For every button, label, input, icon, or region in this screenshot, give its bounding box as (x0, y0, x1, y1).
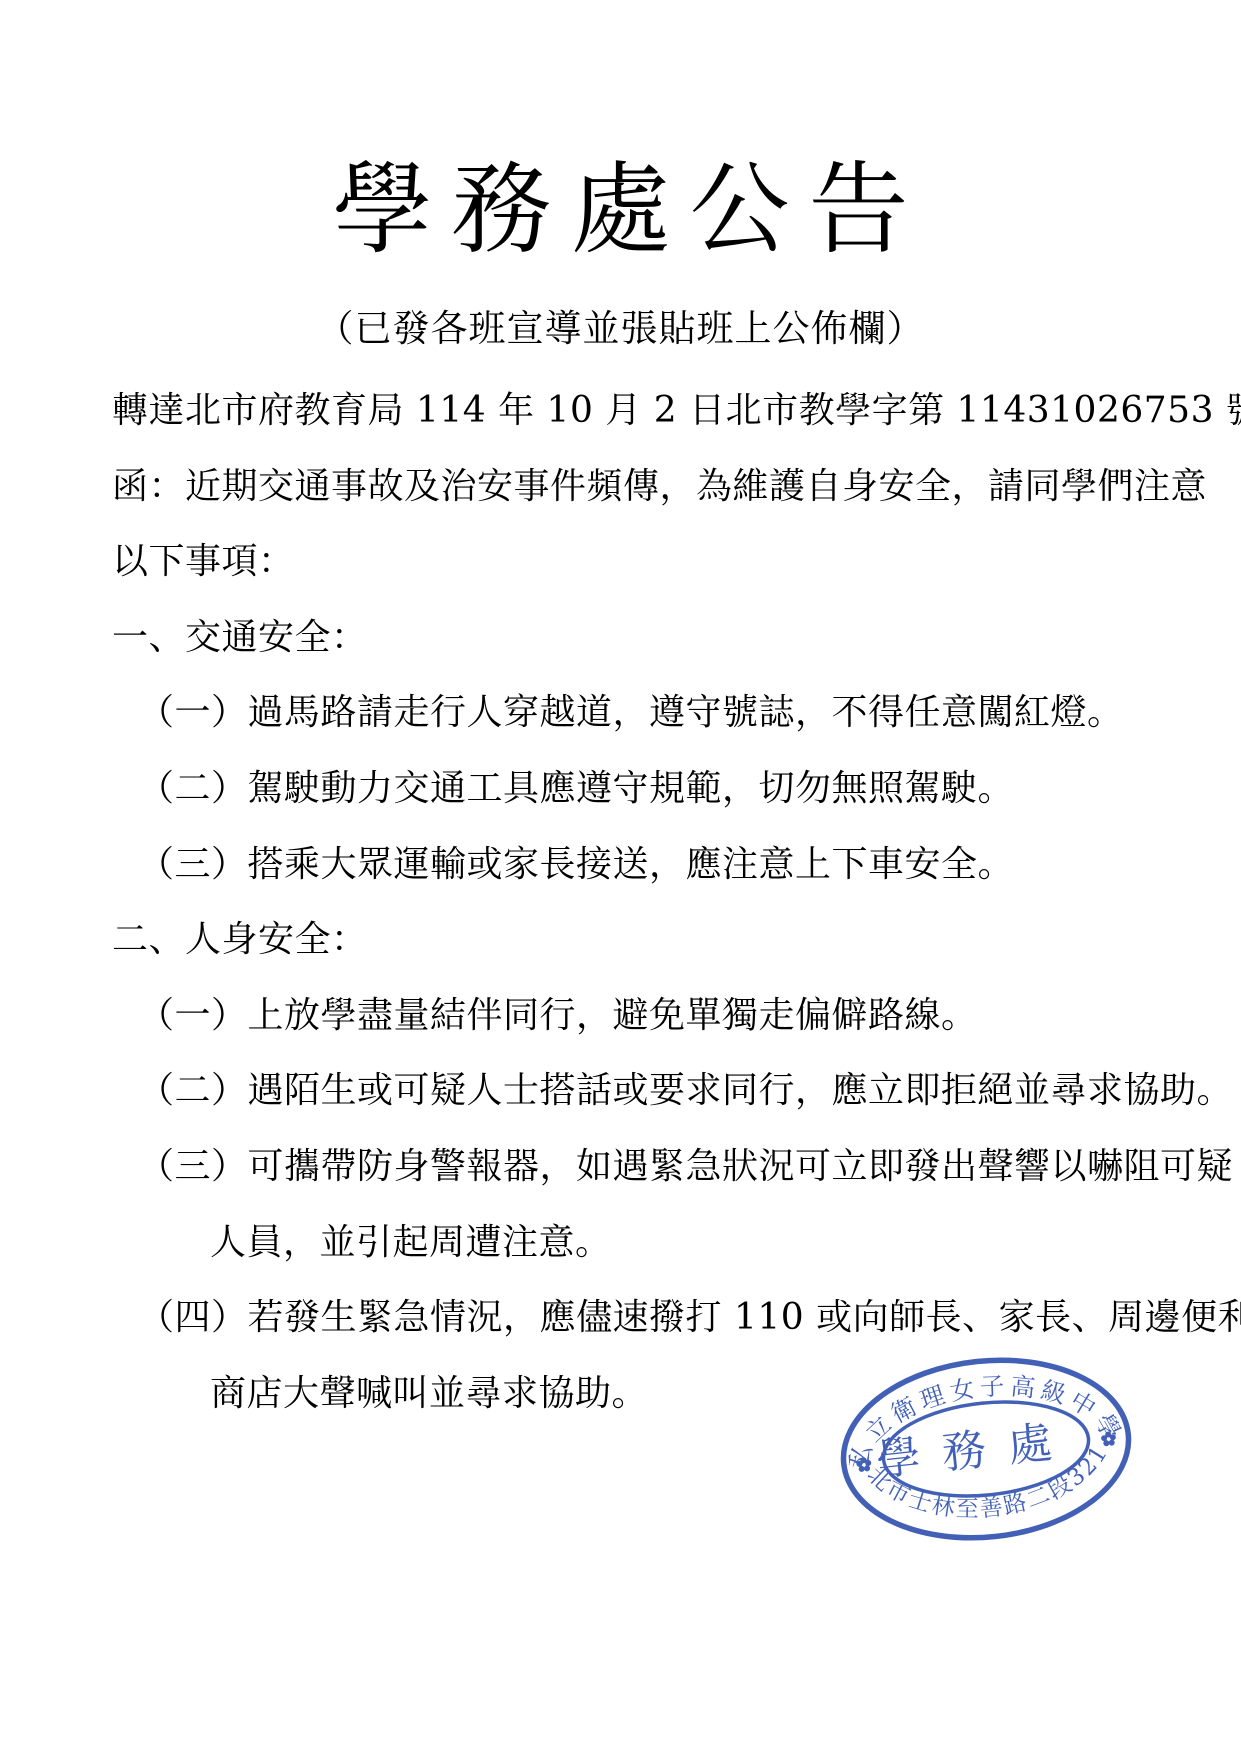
body-line: 轉達北市府教育局 114 年 10 月 2 日北市教學字第 1143102675… (112, 373, 1191, 449)
body-line: （一）上放學盡量結伴同行，避免單獨走偏僻路線。 (138, 978, 1191, 1054)
body-line: （三）搭乘大眾運輸或家長接送，應注意上下車安全。 (138, 827, 1191, 903)
body-line: 以下事項： (112, 524, 1191, 600)
announcement-document: 學務處公告 （已發各班宣導並張貼班上公佈欄） 轉達北市府教育局 114 年 10… (0, 0, 1241, 1755)
body-line: 函：近期交通事故及治安事件頻傳，為維護自身安全，請同學們注意 (112, 449, 1191, 525)
body-line: （四）若發生緊急情況，應儘速撥打 110 或向師長、家長、周邊便利 (138, 1280, 1191, 1356)
body-line-section-2: 二、人身安全： (112, 902, 1191, 978)
body-line: （三）可攜帶防身警報器，如遇緊急狀況可立即發出聲響以嚇阻可疑 (138, 1129, 1191, 1205)
page-subtitle: （已發各班宣導並張貼班上公佈欄） (0, 303, 1241, 355)
announcement-body: 轉達北市府教育局 114 年 10 月 2 日北市教學字第 1143102675… (112, 373, 1191, 1431)
body-line: （二）駕駛動力交通工具應遵守規範，切勿無照駕駛。 (138, 751, 1191, 827)
page-title: 學務處公告 (0, 150, 1241, 270)
body-line: （一）過馬路請走行人穿越道，遵守號誌，不得任意闖紅燈。 (138, 675, 1191, 751)
office-stamp: 私立衛理女子高級中學 台北市士林至善路二段321號 學務處 (827, 1341, 1145, 1557)
body-line-continuation: 人員，並引起周遭注意。 (210, 1205, 1191, 1281)
body-line: （二）遇陌生或可疑人士搭話或要求同行，應立即拒絕並尋求協助。 (138, 1053, 1191, 1129)
body-line-section-1: 一、交通安全： (112, 600, 1191, 676)
